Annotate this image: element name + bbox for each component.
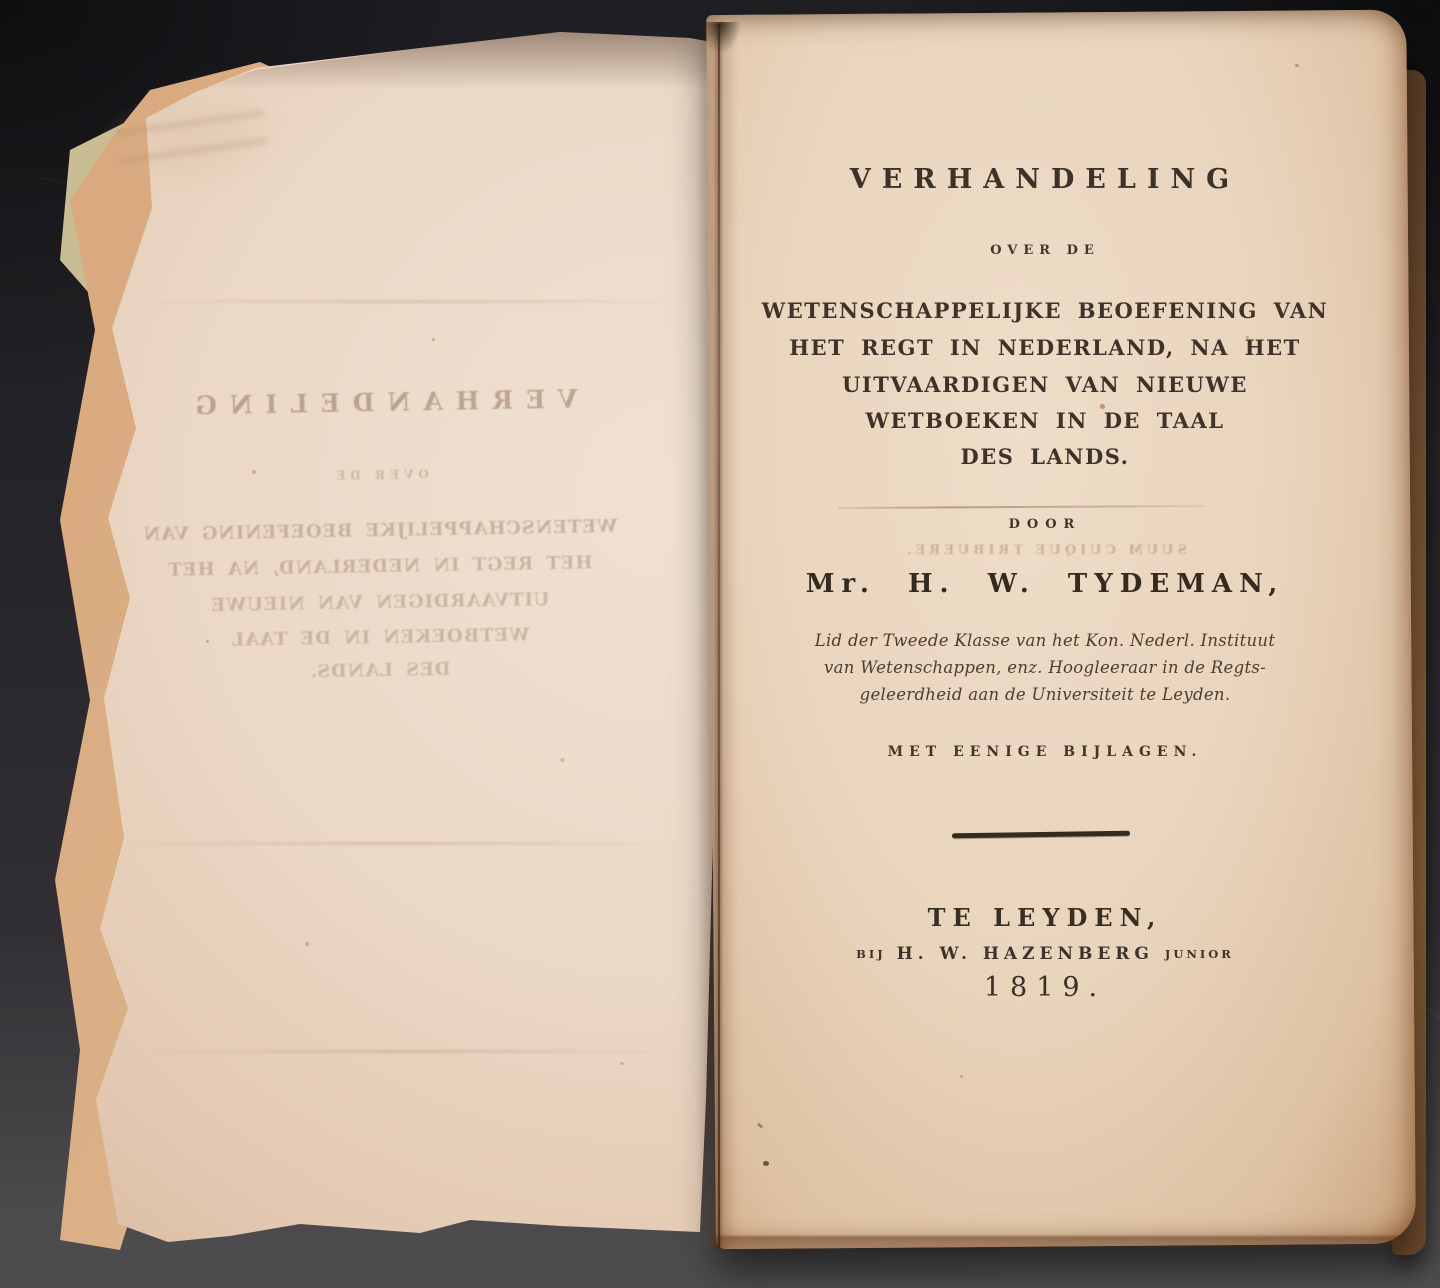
book-gutter xyxy=(698,24,738,1248)
page-crease xyxy=(120,842,690,845)
author-credentials-line: geleerdheid aan de Universiteit te Leyde… xyxy=(745,685,1345,704)
author-credentials-line: Lid der Tweede Klasse van het Kon. Neder… xyxy=(745,631,1345,650)
paper-stain xyxy=(432,338,435,341)
imprint-publisher-line: BIJ H. W. HAZENBERG JUNIOR xyxy=(745,944,1345,964)
appendices-note: MET EENIGE BIJLAGEN. xyxy=(745,744,1345,760)
subject-line: WETENSCHAPPELIJKE BEOEFENING VAN xyxy=(745,298,1345,323)
paper-stain xyxy=(1295,64,1299,67)
imprint-publisher-name: H. W. HAZENBERG xyxy=(897,944,1154,964)
book-title: VERHANDELING xyxy=(745,164,1345,195)
imprint-publisher-prefix: BIJ xyxy=(856,947,886,961)
right-page-bottom-rim xyxy=(714,1236,1404,1250)
author-name: Mr. H. W. TYDEMAN, xyxy=(745,569,1345,599)
subject-line: HET REGT IN NEDERLAND, NA HET xyxy=(745,335,1345,360)
subject-line: UITVAARDIGEN VAN NIEUWE xyxy=(745,372,1345,397)
book-photo: VERHANDELING OVER DE WETENSCHAPPELIJKE B… xyxy=(0,0,1440,1288)
title-connector: OVER DE xyxy=(745,243,1345,258)
page-crease xyxy=(130,300,690,303)
right-page xyxy=(706,10,1416,1249)
paper-stain xyxy=(305,942,309,946)
ghost-motto: SUUM CUIQUE TRIBUERE. xyxy=(745,543,1345,558)
imprint-city: TE LEYDEN, xyxy=(745,903,1345,932)
imprint-publisher-suffix: JUNIOR xyxy=(1165,947,1234,961)
imprint-year: 1819. xyxy=(745,972,1345,1003)
subject-line: WETBOEKEN IN DE TAAL xyxy=(745,408,1345,433)
author-credentials-line: van Wetenschappen, enz. Hoogleeraar in d… xyxy=(745,658,1345,677)
paper-stain xyxy=(206,640,209,643)
paper-stain xyxy=(560,758,565,762)
paper-stain xyxy=(252,470,256,474)
page-crease xyxy=(140,1050,680,1053)
gutter-top-shadow xyxy=(700,22,740,52)
paper-stain xyxy=(960,1075,963,1078)
paper-mark xyxy=(763,1161,769,1166)
paper-stain xyxy=(620,1062,624,1065)
byline-label: DOOR xyxy=(745,517,1345,532)
subject-line: DES LANDS. xyxy=(745,444,1345,469)
